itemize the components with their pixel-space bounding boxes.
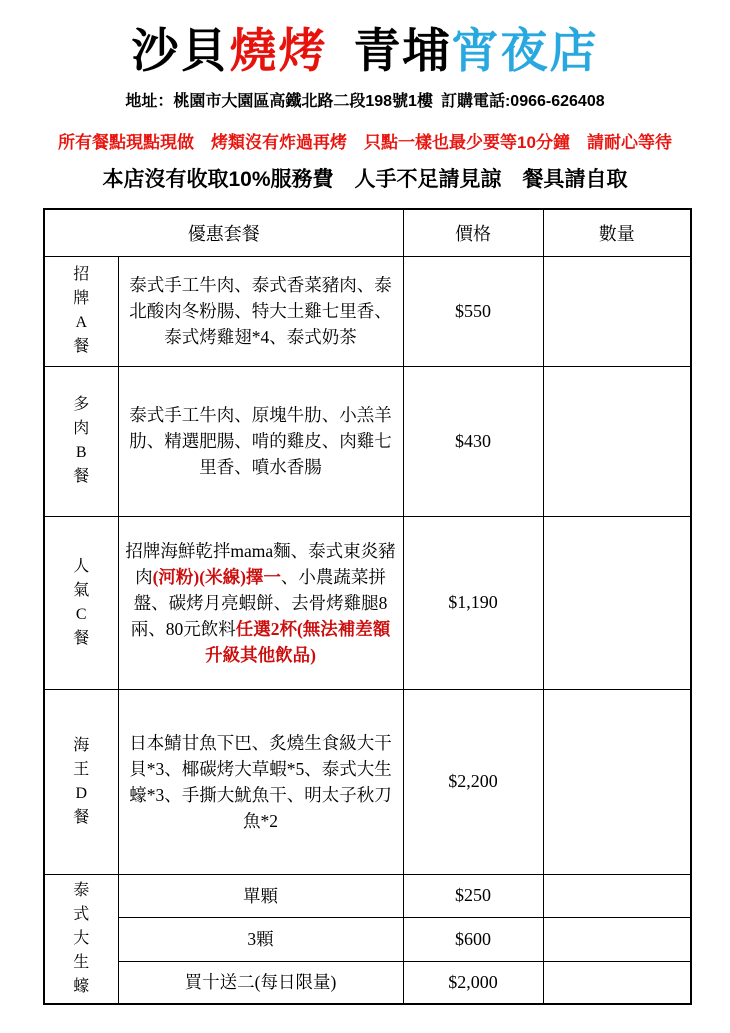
store-logo: 沙貝燒烤青埔宵夜店	[0, 20, 730, 82]
combo-d-price: $2,200	[403, 689, 543, 874]
combo-d-label: 海王D餐	[44, 689, 118, 874]
phone-number: 訂購電話:0966-626408	[441, 93, 605, 110]
combo-c-items: 招牌海鮮乾拌mama麵、泰式東炎豬肉(河粉)(米線)擇一、小農蔬菜拼盤、碳烤月亮…	[118, 516, 403, 689]
oyster-group-label: 泰式大生蠔	[44, 874, 118, 1004]
combo-b-quantity-cell	[543, 366, 691, 516]
combo-d-items: 日本鯖甘魚下巴、炙燒生食級大干貝*3、椰碳烤大草蝦*5、泰式大生蠔*3、手撕大魷…	[118, 689, 403, 874]
combo-b-price: $430	[403, 366, 543, 516]
logo-store-name-part2: 燒烤	[230, 24, 328, 77]
menu-row-combo-c: 人氣C餐 招牌海鮮乾拌mama麵、泰式東炎豬肉(河粉)(米線)擇一、小農蔬菜拼盤…	[44, 516, 691, 689]
oyster-single-price: $250	[403, 874, 543, 917]
combo-b-items: 泰式手工牛肉、原塊牛肋、小羔羊肋、精選肥腸、啃的雞皮、肉雞七里香、噴水香腸	[118, 366, 403, 516]
combo-d-quantity-cell	[543, 689, 691, 874]
menu-row-combo-d: 海王D餐 日本鯖甘魚下巴、炙燒生食級大干貝*3、椰碳烤大草蝦*5、泰式大生蠔*3…	[44, 689, 691, 874]
table-header-row: 優惠套餐 價格 數量	[44, 209, 691, 256]
address-text: 地址：桃園市大園區高鐵北路二段198號1樓	[125, 93, 433, 110]
combo-a-label: 招牌A餐	[44, 256, 118, 366]
combo-b-label: 多肉B餐	[44, 366, 118, 516]
combo-a-price: $550	[403, 256, 543, 366]
logo-branch-part1: 青埔	[354, 24, 452, 77]
menu-row-oyster-single: 泰式大生蠔 單顆 $250	[44, 874, 691, 917]
oyster-three-option: 3顆	[118, 917, 403, 961]
service-notice: 本店沒有收取10%服務費 人手不足請見諒 餐具請自取	[0, 163, 730, 193]
combo-a-items: 泰式手工牛肉、泰式香菜豬肉、泰北酸肉冬粉腸、特大土雞七里香、泰式烤雞翅*4、泰式…	[118, 256, 403, 366]
quantity-header-cell: 數量	[543, 209, 691, 256]
combo-c-price: $1,190	[403, 516, 543, 689]
menu-row-oyster-deal: 買十送二(每日限量) $2,000	[44, 961, 691, 1004]
oyster-deal-price: $2,000	[403, 961, 543, 1004]
preparation-notice: 所有餐點現點現做 烤類沒有炸過再烤 只點一樣也最少要等10分鐘 請耐心等待	[0, 128, 730, 153]
oyster-single-option: 單顆	[118, 874, 403, 917]
menu-row-combo-a: 招牌A餐 泰式手工牛肉、泰式香菜豬肉、泰北酸肉冬粉腸、特大土雞七里香、泰式烤雞翅…	[44, 256, 691, 366]
combo-header-cell: 優惠套餐	[44, 209, 403, 256]
price-header-cell: 價格	[403, 209, 543, 256]
logo-branch-part2: 宵夜店	[452, 24, 599, 77]
oyster-deal-quantity-cell	[543, 961, 691, 1004]
oyster-three-price: $600	[403, 917, 543, 961]
menu-table: 優惠套餐 價格 數量 招牌A餐 泰式手工牛肉、泰式香菜豬肉、泰北酸肉冬粉腸、特大…	[43, 208, 692, 1005]
combo-c-label: 人氣C餐	[44, 516, 118, 689]
menu-row-combo-b: 多肉B餐 泰式手工牛肉、原塊牛肋、小羔羊肋、精選肥腸、啃的雞皮、肉雞七里香、噴水…	[44, 366, 691, 516]
oyster-deal-option: 買十送二(每日限量)	[118, 961, 403, 1004]
oyster-three-quantity-cell	[543, 917, 691, 961]
logo-store-name-part1: 沙貝	[132, 24, 230, 77]
menu-row-oyster-three: 3顆 $600	[44, 917, 691, 961]
combo-c-quantity-cell	[543, 516, 691, 689]
combo-c-items-segment-2: (河粉)(米線)擇一	[153, 567, 281, 587]
oyster-single-quantity-cell	[543, 874, 691, 917]
contact-line: 地址：桃園市大園區高鐵北路二段198號1樓訂購電話:0966-626408	[0, 88, 730, 111]
combo-a-quantity-cell	[543, 256, 691, 366]
